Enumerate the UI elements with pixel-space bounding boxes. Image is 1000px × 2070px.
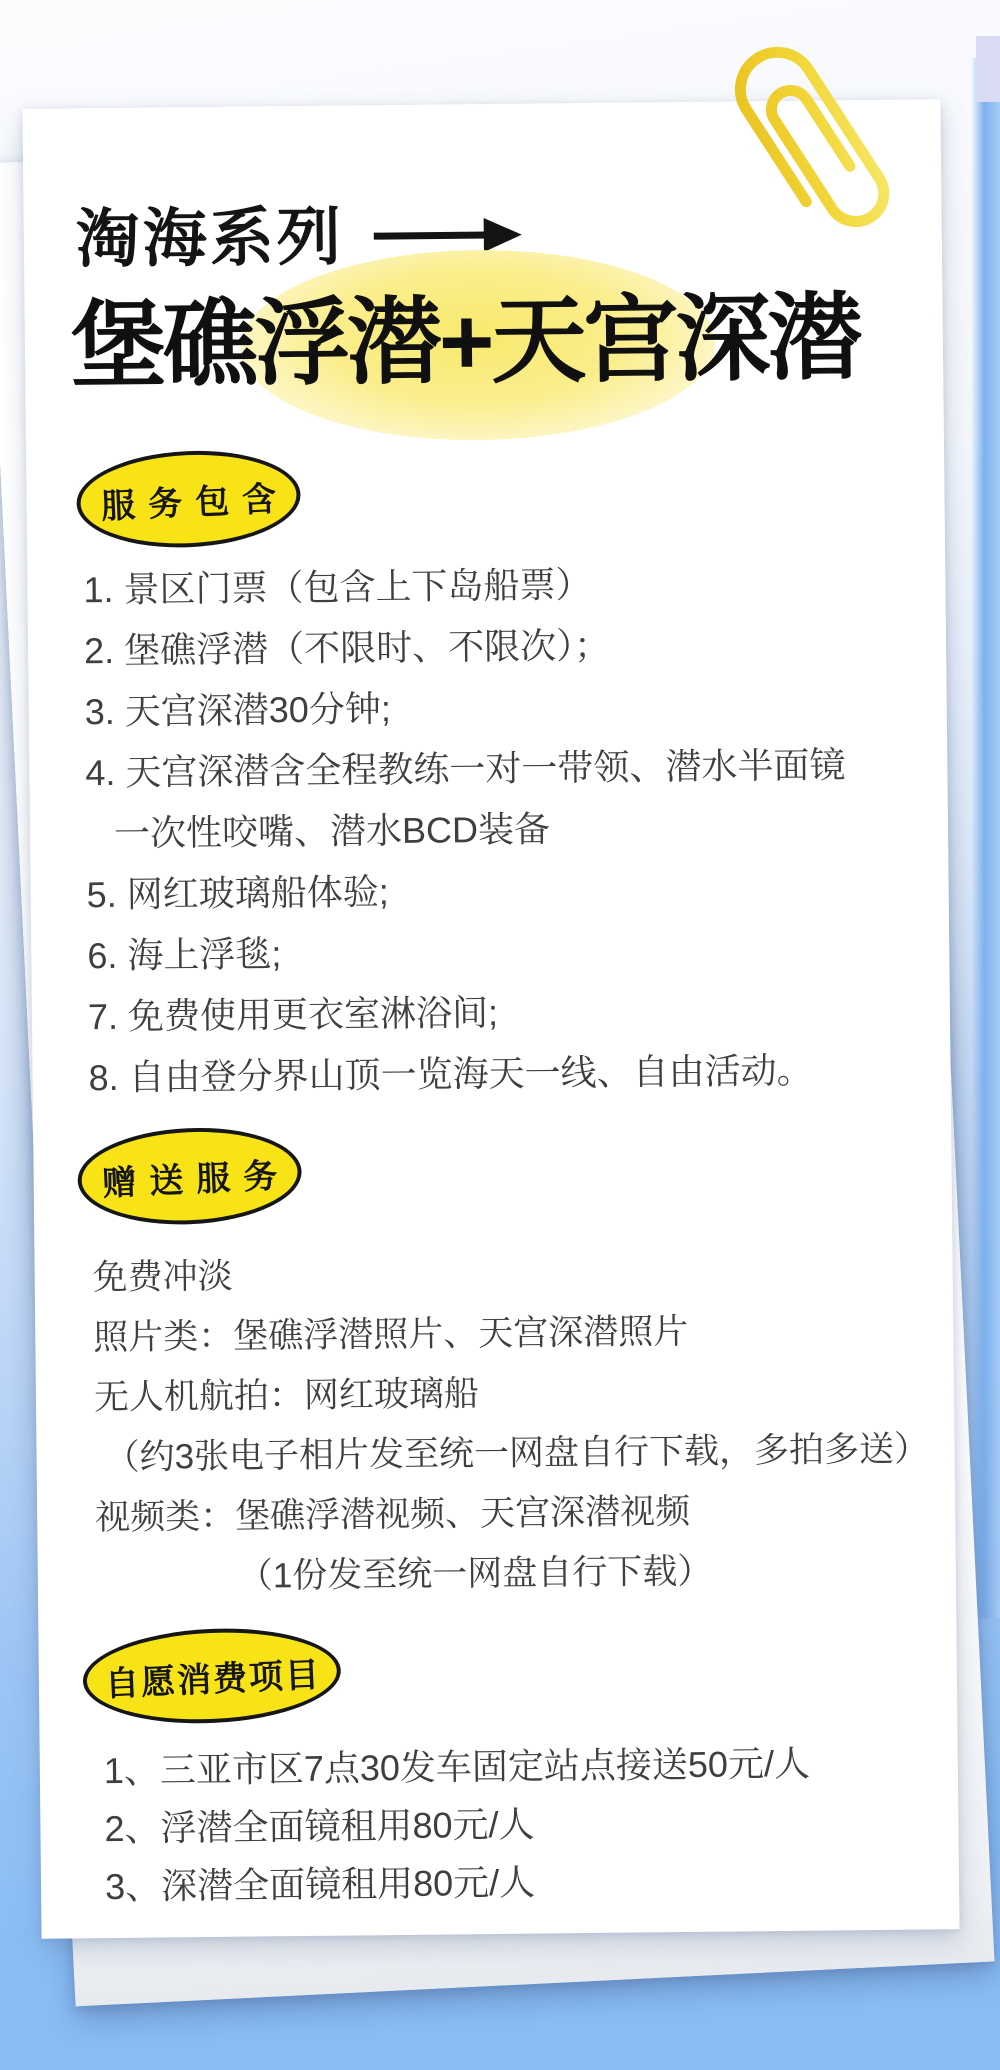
service-item: 5. 网红玻璃船体验; <box>86 856 847 925</box>
background-corner-block <box>976 36 1000 102</box>
service-item: 6. 海上浮毯; <box>87 917 848 986</box>
optional-items-list: 1、三亚市区7点30发车固定站点接送50元/人 2、浮潜全面镜租用80元/人 3… <box>104 1735 812 1916</box>
gift-line-note: （约3张电子相片发至统一网盘自行下载，多拍多送） <box>94 1419 929 1488</box>
service-item: 7. 免费使用更衣室淋浴间; <box>88 978 849 1047</box>
service-item-continuation: 一次性咬嘴、潜水BCD装备 <box>86 795 847 864</box>
paper-sheet-main: 淘海系列 堡礁浮潜+天宫深潜 服务包含 1. 景区门票（包含上下岛船票） 2. … <box>22 99 959 1939</box>
gift-services-list: 免费冲淡 照片类：堡礁浮潜照片、天宫深潜照片 无人机航拍：网红玻璃船 （约3张电… <box>92 1239 930 1608</box>
optional-item: 2、浮潜全面镜租用80元/人 <box>104 1793 811 1858</box>
gift-line: 免费冲淡 <box>92 1239 927 1308</box>
optional-item: 3、深潜全面镜租用80元/人 <box>105 1851 812 1916</box>
gift-line: 无人机航拍：网红玻璃船 <box>94 1359 929 1428</box>
service-item: 3. 天宫深潜30分钟; <box>84 673 845 742</box>
service-item: 2. 堡礁浮潜（不限时、不限次）； <box>84 612 845 681</box>
page-title: 堡礁浮潜+天宫深潜 <box>70 284 860 402</box>
services-included-list: 1. 景区门票（包含上下岛船票） 2. 堡礁浮潜（不限时、不限次）； 3. 天宫… <box>83 551 849 1108</box>
service-item: 1. 景区门票（包含上下岛船票） <box>83 551 844 620</box>
paperclip-icon <box>698 12 920 264</box>
badge-gift-services: 赠送服务 <box>76 1123 304 1229</box>
service-item: 8. 自由登分界山顶一览海天一线、自由活动。 <box>88 1039 849 1108</box>
badge-optional-consumption: 自愿消费项目 <box>81 1623 343 1729</box>
optional-item: 1、三亚市区7点30发车固定站点接送50元/人 <box>104 1735 811 1800</box>
background-right-band <box>971 58 1000 1618</box>
series-label: 淘海系列 <box>75 202 344 275</box>
gift-line-note: （1份发至统一网盘自行下载） <box>96 1539 931 1608</box>
gift-line: 照片类：堡礁浮潜照片、天宫深潜照片 <box>93 1299 928 1368</box>
service-item: 4. 天宫深潜含全程教练一对一带领、潜水半面镜 <box>85 734 846 803</box>
badge-services-included: 服务包含 <box>74 446 302 552</box>
gift-line: 视频类：堡礁浮潜视频、天宫深潜视频 <box>95 1479 930 1548</box>
